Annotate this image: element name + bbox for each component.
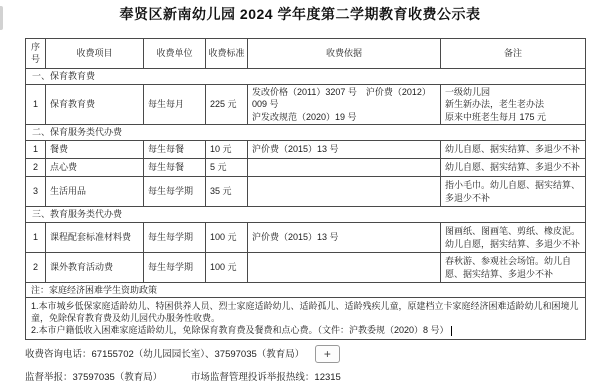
section-header: 一、保育教育费 — [26, 69, 586, 85]
row-no: 2 — [26, 253, 46, 283]
fee-basis: 沪价费（2015）13 号 — [248, 223, 441, 253]
fee-basis — [248, 159, 441, 177]
table-row: 2 课外教育活动费 每生每学期 100 元 春秋游、参观社会场馆。幼儿自愿、据实… — [26, 253, 586, 283]
fee-item: 课程配套标准材料费 — [46, 223, 144, 253]
section-row-1: 一、保育教育费 — [26, 69, 586, 85]
row-no: 1 — [26, 85, 46, 125]
fee-item: 课外教育活动费 — [46, 253, 144, 283]
report-label: 监督举报：37597035（教育局） — [25, 372, 162, 383]
row-no: 1 — [26, 223, 46, 253]
col-header-item: 收费项目 — [46, 39, 144, 69]
fee-basis — [248, 253, 441, 283]
fee-unit: 每生每月 — [144, 85, 206, 125]
note-title-row: 注：家庭经济困难学生资助政策 — [26, 283, 586, 298]
fee-item: 保育教育费 — [46, 85, 144, 125]
fee-table: 序号 收费项目 收费单位 收费标准 收费依据 备注 一、保育教育费 1 保育教育… — [25, 38, 586, 340]
fee-item: 点心费 — [46, 159, 144, 177]
fee-unit: 每生每餐 — [144, 141, 206, 159]
section-header: 三、教育服务类代办费 — [26, 207, 586, 223]
fee-unit: 每生每学期 — [144, 223, 206, 253]
fee-standard: 5 元 — [206, 159, 248, 177]
note-title: 注：家庭经济困难学生资助政策 — [26, 283, 586, 298]
col-header-unit: 收费单位 — [144, 39, 206, 69]
footer: 收费咨询电话：67155702（幼儿园园长室）、37597035（教育局） + … — [25, 344, 585, 388]
fee-basis — [248, 177, 441, 207]
row-no: 1 — [26, 141, 46, 159]
fee-standard: 35 元 — [206, 177, 248, 207]
expand-button[interactable]: + — [315, 345, 340, 363]
fee-notice-page: 奉贤区新南幼儿园 2024 学年度第二学期教育收费公示表 序号 收费项目 收费单… — [0, 0, 600, 389]
fee-standard: 100 元 — [206, 253, 248, 283]
row-no: 3 — [26, 177, 46, 207]
fee-remark: 图画纸、图画笔、剪纸、橡皮泥。幼儿自愿，据实结算、多退少不补 — [441, 223, 586, 253]
hotline-label: 市场监督管理投诉举报热线：12315 — [191, 372, 341, 383]
row-no: 2 — [26, 159, 46, 177]
fee-item: 餐费 — [46, 141, 144, 159]
section-row-3: 三、教育服务类代办费 — [26, 207, 586, 223]
table-row: 1 课程配套标准材料费 每生每学期 100 元 沪价费（2015）13 号 图画… — [26, 223, 586, 253]
notes-text: 1.本市城乡低保家庭适龄幼儿、特困供养人员、烈士家庭适龄幼儿、适龄孤儿、适龄残疾… — [31, 301, 579, 335]
table-row: 1 餐费 每生每餐 10 元 沪价费（2015）13 号 幼儿自愿、据实结算、多… — [26, 141, 586, 159]
fee-remark: 指小毛巾。幼儿自愿、据实结算、多退少不补 — [441, 177, 586, 207]
text-cursor — [451, 326, 452, 336]
fee-unit: 每生每学期 — [144, 253, 206, 283]
page-title: 奉贤区新南幼儿园 2024 学年度第二学期教育收费公示表 — [0, 4, 600, 24]
notes-cell: 1.本市城乡低保家庭适龄幼儿、特困供养人员、烈士家庭适龄幼儿、适龄孤儿、适龄残疾… — [26, 298, 586, 340]
fee-standard: 10 元 — [206, 141, 248, 159]
section-row-2: 二、保育服务类代办费 — [26, 125, 586, 141]
table-row: 1 保育教育费 每生每月 225 元 发改价格（2011）3207 号 沪价费（… — [26, 85, 586, 125]
fee-remark: 幼儿自愿、据实结算、多退少不补 — [441, 141, 586, 159]
fee-remark: 春秋游、参观社会场馆。幼儿自愿、据实结算、多退少不补 — [441, 253, 586, 283]
table-row: 3 生活用品 每生每学期 35 元 指小毛巾。幼儿自愿、据实结算、多退少不补 — [26, 177, 586, 207]
fee-unit: 每生每餐 — [144, 159, 206, 177]
fee-remark: 一级幼儿园 新生新办法，老生老办法 原来中班老生每月 175 元 — [441, 85, 586, 125]
notes-row: 1.本市城乡低保家庭适龄幼儿、特困供养人员、烈士家庭适龄幼儿、适龄孤儿、适龄残疾… — [26, 298, 586, 340]
col-header-remark: 备注 — [441, 39, 586, 69]
col-header-basis: 收费依据 — [248, 39, 441, 69]
table-header-row: 序号 收费项目 收费单位 收费标准 收费依据 备注 — [26, 39, 586, 69]
fee-remark: 幼儿自愿、据实结算、多退少不补 — [441, 159, 586, 177]
fee-unit: 每生每学期 — [144, 177, 206, 207]
fee-standard: 225 元 — [206, 85, 248, 125]
col-header-standard: 收费标准 — [206, 39, 248, 69]
table-row: 2 点心费 每生每餐 5 元 幼儿自愿、据实结算、多退少不补 — [26, 159, 586, 177]
consult-phone-label: 收费咨询电话：67155702（幼儿园园长室）、37597035（教育局） — [25, 349, 304, 360]
footer-line-consult: 收费咨询电话：67155702（幼儿园园长室）、37597035（教育局） + — [25, 344, 585, 366]
fee-standard: 100 元 — [206, 223, 248, 253]
fee-item: 生活用品 — [46, 177, 144, 207]
fee-basis: 沪价费（2015）13 号 — [248, 141, 441, 159]
col-header-no: 序号 — [26, 39, 46, 69]
section-header: 二、保育服务类代办费 — [26, 125, 586, 141]
footer-line-report: 监督举报：37597035（教育局） 市场监督管理投诉举报热线：12315 — [25, 368, 585, 388]
fee-basis: 发改价格（2011）3207 号 沪价费（2012）009 号 沪发改规范（20… — [248, 85, 441, 125]
